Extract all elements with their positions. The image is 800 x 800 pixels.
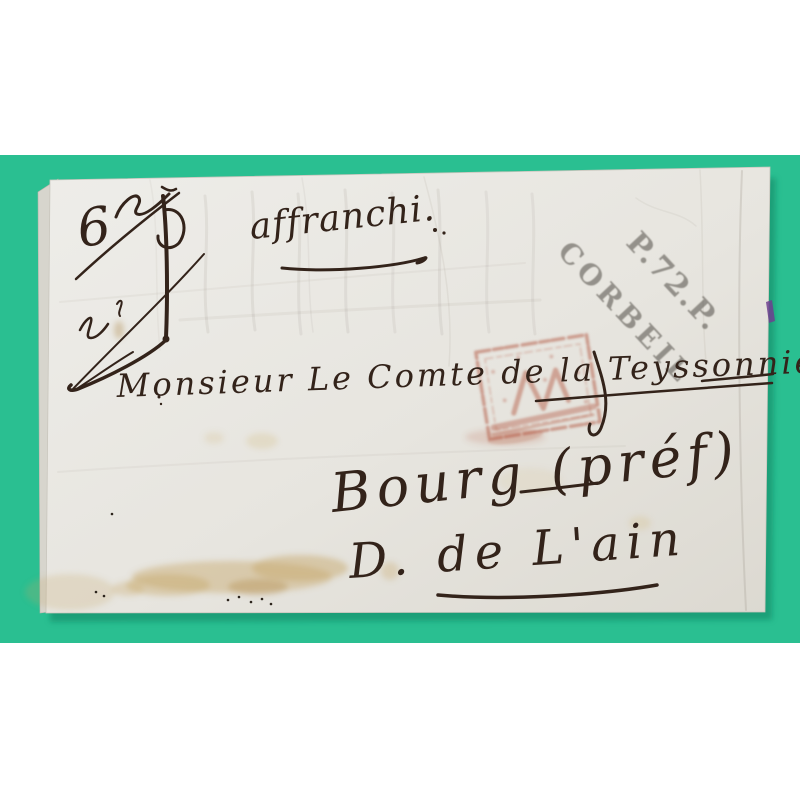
- folded-letter: P.72.P. CORBEIL 6 affranchi.: [25, 167, 800, 622]
- ink-blot: [163, 336, 170, 343]
- photo-frame: P.72.P. CORBEIL 6 affranchi.: [0, 0, 800, 800]
- letter-photo: P.72.P. CORBEIL 6 affranchi.: [0, 0, 800, 800]
- ink-dot: [433, 228, 437, 232]
- ink-dot: [442, 231, 445, 234]
- ink-speck: [158, 396, 161, 399]
- ink-speck: [160, 403, 162, 405]
